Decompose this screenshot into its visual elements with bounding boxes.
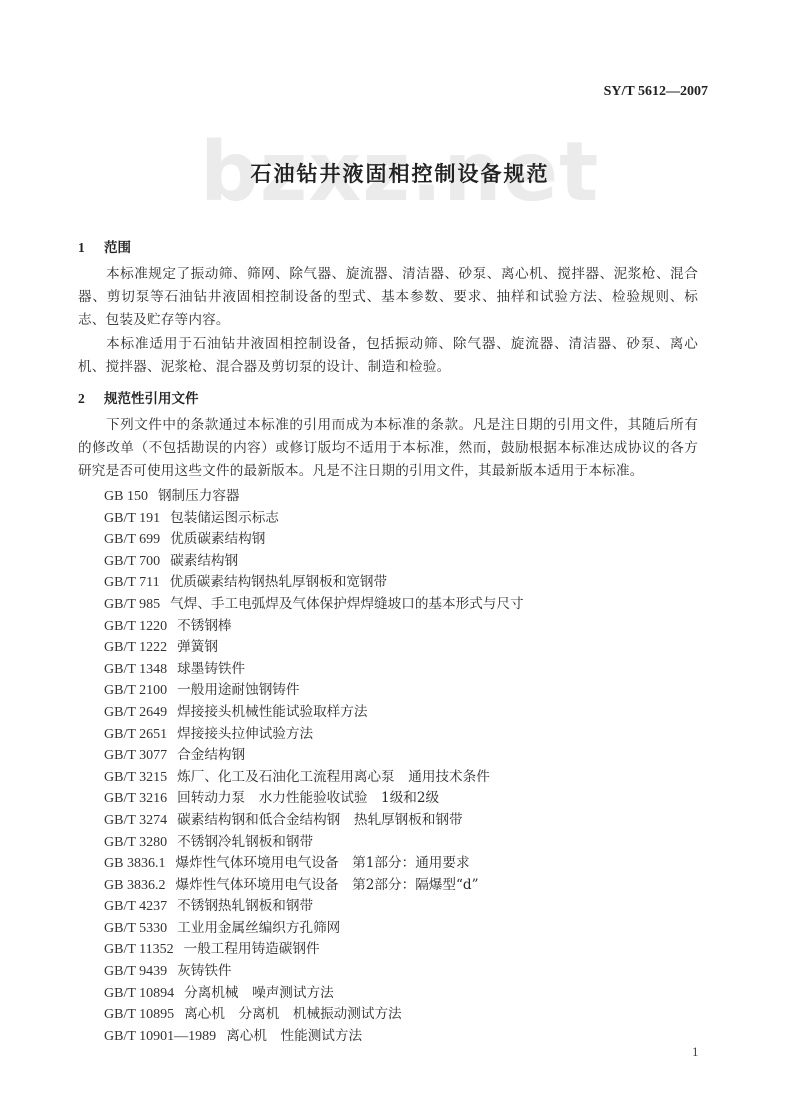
reference-title: 气焊、手工电弧焊及气体保护焊焊缝坡口的基本形式与尺寸 [170, 596, 523, 612]
reference-title: 球墨铸铁件 [177, 661, 245, 677]
scope-paragraph-2: 本标准适用于石油钻井液固相控制设备，包括振动筛、除气器、旋流器、清洁器、砂泵、离… [78, 333, 698, 380]
reference-code: GB/T 5330 [104, 921, 167, 936]
reference-item: GB/T 711优质碳素结构钢热轧厚钢板和宽钢带 [104, 572, 704, 594]
reference-title: 灰铸铁件 [177, 963, 231, 979]
reference-item: GB/T 191包装储运图示标志 [104, 508, 704, 530]
reference-code: GB/T 711 [104, 575, 160, 590]
reference-code: GB/T 1220 [104, 619, 167, 634]
reference-code: GB/T 4237 [104, 899, 167, 914]
reference-code: GB/T 10895 [104, 1007, 174, 1022]
reference-code: GB/T 1348 [104, 662, 167, 677]
reference-title: 优质碳素结构钢 [170, 531, 265, 547]
reference-item: GB/T 3280不锈钢冷轧钢板和钢带 [104, 832, 704, 854]
reference-code: GB/T 191 [104, 511, 160, 526]
reference-item: GB 150钢制压力容器 [104, 486, 704, 508]
reference-title: 爆炸性气体环境用电气设备 第2部分：隔爆型“d” [175, 877, 478, 893]
reference-title: 不锈钢棒 [177, 618, 231, 634]
reference-code: GB/T 700 [104, 554, 160, 569]
reference-title: 包装储运图示标志 [170, 510, 279, 526]
reference-title: 工业用金属丝编织方孔筛网 [177, 920, 340, 936]
reference-title: 弹簧钢 [177, 639, 218, 655]
reference-title: 离心机 性能测试方法 [226, 1028, 362, 1044]
reference-item: GB/T 3216回转动力泵 水力性能验收试验 1级和2级 [104, 788, 704, 810]
reference-code: GB 150 [104, 489, 148, 504]
reference-code: GB 3836.2 [104, 878, 165, 893]
reference-code: GB/T 2649 [104, 705, 167, 720]
reference-item: GB/T 4237不锈钢热轧钢板和钢带 [104, 896, 704, 918]
reference-item: GB/T 1348球墨铸铁件 [104, 659, 704, 681]
document-title: 石油钻井液固相控制设备规范 [0, 158, 800, 188]
reference-item: GB 3836.1爆炸性气体环境用电气设备 第1部分：通用要求 [104, 853, 704, 875]
reference-title: 不锈钢冷轧钢板和钢带 [177, 834, 313, 850]
reference-code: GB/T 2651 [104, 727, 167, 742]
reference-title: 焊接接头机械性能试验取样方法 [177, 704, 367, 720]
reference-item: GB/T 10894分离机械 噪声测试方法 [104, 983, 704, 1005]
reference-code: GB/T 2100 [104, 683, 167, 698]
reference-item: GB/T 9439灰铸铁件 [104, 961, 704, 983]
section-title: 规范性引用文件 [104, 391, 199, 407]
reference-item: GB/T 2649焊接接头机械性能试验取样方法 [104, 702, 704, 724]
section-number: 1 [78, 240, 104, 256]
reference-item: GB/T 699优质碳素结构钢 [104, 529, 704, 551]
reference-title: 爆炸性气体环境用电气设备 第1部分：通用要求 [175, 855, 469, 871]
reference-title: 分离机械 噪声测试方法 [184, 985, 334, 1001]
reference-code: GB/T 11352 [104, 942, 174, 957]
reference-code: GB/T 985 [104, 597, 160, 612]
reference-title: 回转动力泵 水力性能验收试验 1级和2级 [177, 790, 439, 806]
reference-item: GB/T 2651焊接接头拉伸试验方法 [104, 724, 704, 746]
reference-title: 一般用途耐蚀钢铸件 [177, 682, 299, 698]
standard-code: SY/T 5612—2007 [604, 84, 708, 100]
page-number: 1 [692, 1044, 699, 1060]
reference-item: GB/T 985气焊、手工电弧焊及气体保护焊焊缝坡口的基本形式与尺寸 [104, 594, 704, 616]
reference-title: 碳素结构钢和低合金结构钢 热轧厚钢板和钢带 [177, 812, 462, 828]
reference-item: GB/T 3215炼厂、化工及石油化工流程用离心泵 通用技术条件 [104, 767, 704, 789]
reference-code: GB/T 1222 [104, 640, 167, 655]
reference-title: 不锈钢热轧钢板和钢带 [177, 898, 313, 914]
reference-item: GB/T 1222弹簧钢 [104, 637, 704, 659]
section-heading-scope: 1范围 [78, 236, 131, 256]
reference-title: 合金结构钢 [177, 747, 245, 763]
reference-code: GB/T 3077 [104, 748, 167, 763]
reference-item: GB/T 10901—1989离心机 性能测试方法 [104, 1026, 704, 1048]
reference-item: GB/T 5330工业用金属丝编织方孔筛网 [104, 918, 704, 940]
references-intro-paragraph: 下列文件中的条款通过本标准的引用而成为本标准的条款。凡是注日期的引用文件，其随后… [78, 414, 698, 484]
reference-code: GB/T 10901—1989 [104, 1029, 216, 1044]
reference-code: GB 3836.1 [104, 856, 165, 871]
reference-code: GB/T 3274 [104, 813, 167, 828]
reference-code: GB/T 3216 [104, 791, 167, 806]
section-title: 范围 [104, 240, 131, 256]
reference-item: GB/T 3274碳素结构钢和低合金结构钢 热轧厚钢板和钢带 [104, 810, 704, 832]
reference-code: GB/T 699 [104, 532, 160, 547]
scope-paragraph-1: 本标准规定了振动筛、筛网、除气器、旋流器、清洁器、砂泵、离心机、搅拌器、泥浆枪、… [78, 263, 698, 333]
reference-item: GB/T 10895离心机 分离机 机械振动测试方法 [104, 1004, 704, 1026]
reference-title: 离心机 分离机 机械振动测试方法 [184, 1006, 402, 1022]
reference-item: GB/T 1220不锈钢棒 [104, 616, 704, 638]
reference-item: GB/T 11352一般工程用铸造碳钢件 [104, 939, 704, 961]
section-heading-normative-references: 2规范性引用文件 [78, 387, 199, 407]
reference-title: 碳素结构钢 [170, 553, 238, 569]
reference-list: GB 150钢制压力容器 GB/T 191包装储运图示标志 GB/T 699优质… [104, 486, 704, 1047]
reference-title: 焊接接头拉伸试验方法 [177, 726, 313, 742]
reference-code: GB/T 9439 [104, 964, 167, 979]
reference-item: GB/T 700碳素结构钢 [104, 551, 704, 573]
reference-title: 优质碳素结构钢热轧厚钢板和宽钢带 [170, 574, 388, 590]
reference-title: 钢制压力容器 [158, 488, 240, 504]
reference-code: GB/T 10894 [104, 986, 174, 1001]
reference-code: GB/T 3280 [104, 835, 167, 850]
reference-title: 一般工程用铸造碳钢件 [184, 941, 320, 957]
reference-item: GB 3836.2爆炸性气体环境用电气设备 第2部分：隔爆型“d” [104, 875, 704, 897]
reference-item: GB/T 2100一般用途耐蚀钢铸件 [104, 680, 704, 702]
reference-code: GB/T 3215 [104, 770, 167, 785]
section-number: 2 [78, 391, 104, 407]
reference-title: 炼厂、化工及石油化工流程用离心泵 通用技术条件 [177, 769, 490, 785]
reference-item: GB/T 3077合金结构钢 [104, 745, 704, 767]
